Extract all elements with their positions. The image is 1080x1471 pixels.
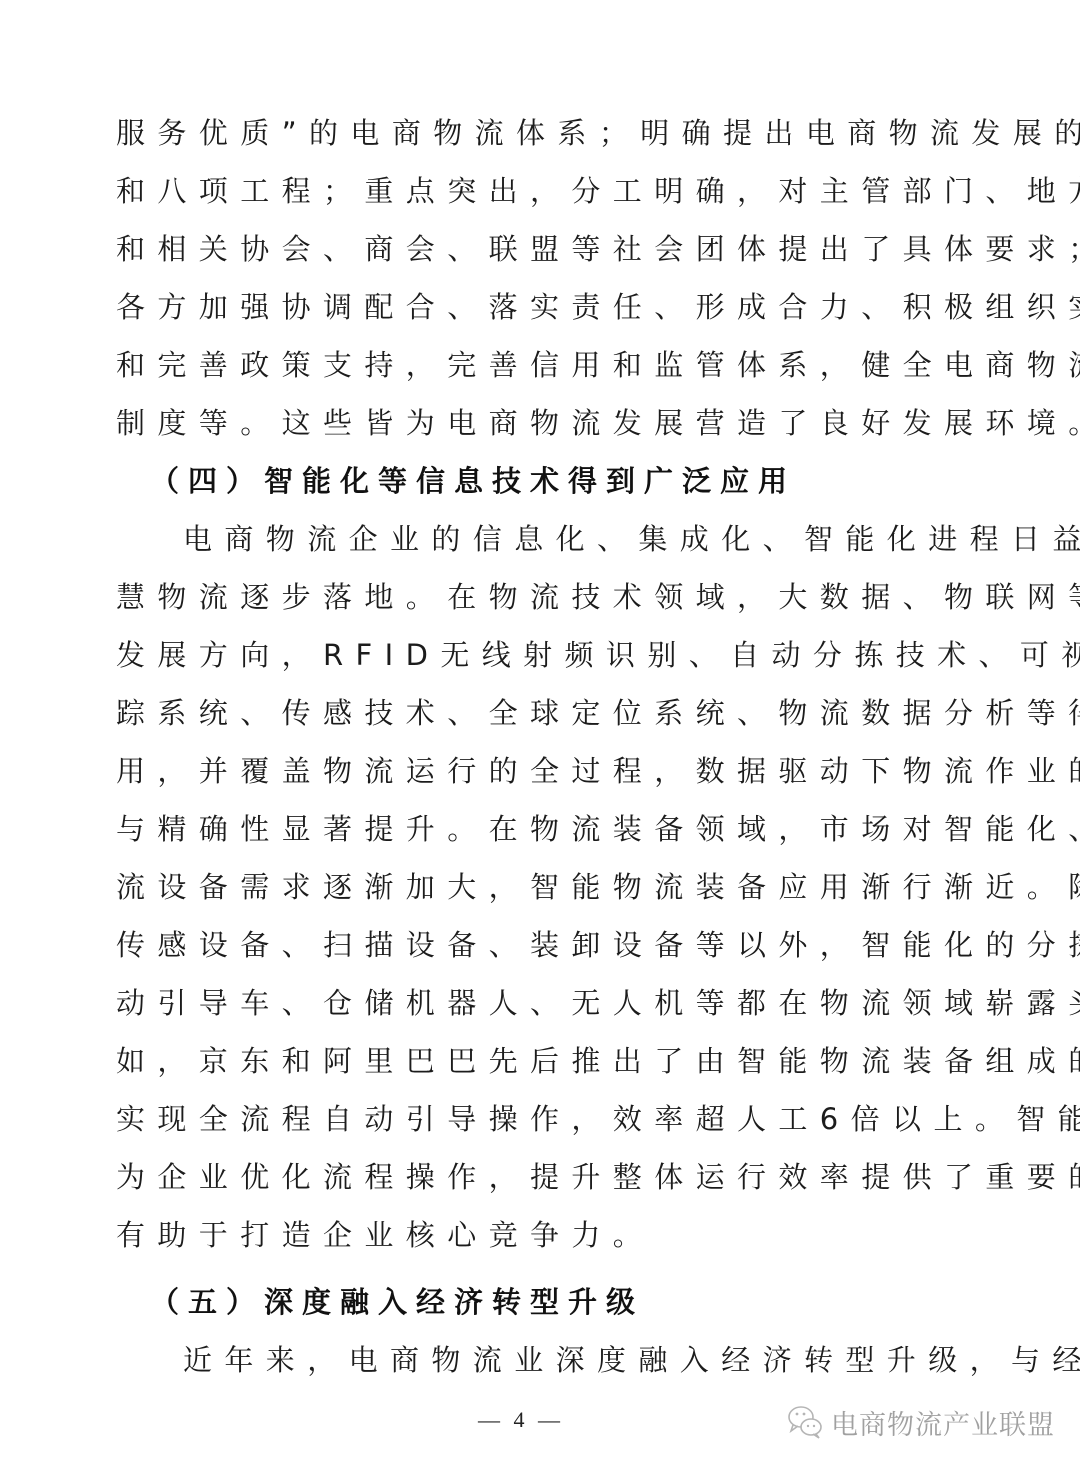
text-line: 用，并覆盖物流运行的全过程，数据驱动下物流作业的运行效率 [116,751,976,791]
text-line: 近年来，电商物流业深度融入经济转型升级，与经济关联度 [183,1340,1043,1380]
watermark-text: 电商物流产业联盟 [831,1403,1055,1442]
text-line: 传感设备、扫描设备、装卸设备等以外，智能化的分拣设备、自 [116,925,976,965]
text-line: 与精确性显著提升。在物流装备领域，市场对智能化、自动化物 [116,809,976,849]
text-line: 发展方向，RFID无线射频识别、自动分拣技术、可视化及货物跟 [116,635,976,675]
text-line: 动引导车、仓储机器人、无人机等都在物流领域崭露头角。例 [116,983,976,1023]
text-line: 为企业优化流程操作，提升整体运行效率提供了重要的技术支持， [116,1157,976,1197]
text-line: 踪系统、传感技术、全球定位系统、物流数据分析等得到广泛应 [116,693,976,733]
text-line: 和相关协会、商会、联盟等社会团体提出了具体要求；要求有关 [116,229,976,269]
text-line: 电商物流企业的信息化、集成化、智能化进程日益加快，智 [183,519,1043,559]
text-line: 如，京东和阿里巴巴先后推出了由智能物流装备组成的“无人仓”， [116,1041,976,1081]
wechat-icon [785,1402,825,1442]
text-line: 和八项工程；重点突出，分工明确，对主管部门、地方相关部门 [116,171,976,211]
text-line: 流设备需求逐渐加大，智能物流装备应用渐行渐近。除定位设备、 [116,867,976,907]
text-line: 实现全流程自动引导操作，效率超人工6倍以上。智能设备应用 [116,1099,976,1139]
text-line: 服务优质”的电商物流体系；明确提出电商物流发展的七项任务 [116,113,976,153]
text-line: 慧物流逐步落地。在物流技术领域，大数据、物联网等成为重点 [116,577,976,617]
text-line: 有助于打造企业核心竞争力。 [116,1215,976,1255]
section-heading-4: （四）智能化等信息技术得到广泛应用 [150,461,796,501]
document-page: 服务优质”的电商物流体系；明确提出电商物流发展的七项任务 和八项工程；重点突出，… [0,0,1080,1471]
text-line: 制度等。这些皆为电商物流发展营造了良好发展环境。 [116,403,976,443]
watermark: 电商物流产业联盟 [785,1400,1055,1444]
section-heading-5: （五）深度融入经济转型升级 [150,1282,644,1322]
text-line: 各方加强协调配合、落实责任、形成合力、积极组织实施，加强 [116,287,976,327]
page-number: — 4 — [478,1405,564,1435]
text-line: 和完善政策支持，完善信用和监管体系，健全电商物流统计监测 [116,345,976,385]
